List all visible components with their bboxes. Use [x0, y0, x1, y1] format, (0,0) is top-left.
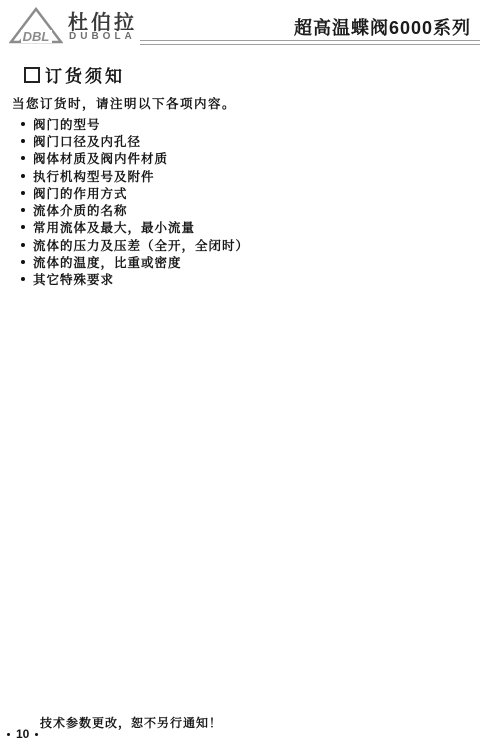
- dot-bullet-icon: [21, 191, 25, 195]
- list-item-label: 流体介质的名称: [33, 201, 128, 219]
- list-item-label: 其它特殊要求: [33, 270, 114, 288]
- dot-bullet-icon: [21, 243, 25, 247]
- list-item-label: 流体的压力及压差（全开，全闭时）: [33, 236, 249, 254]
- list-item: 常用流体及最大，最小流量: [21, 219, 249, 236]
- list-item-label: 阀体材质及阀内件材质: [33, 149, 168, 167]
- dot-bullet-icon: [21, 260, 25, 264]
- series-title: 超高温蝶阀6000系列: [294, 14, 471, 40]
- square-bullet-icon: [24, 67, 40, 83]
- page-number: 10: [7, 727, 38, 741]
- dot-bullet-icon: [21, 156, 25, 160]
- list-item: 阀门的作用方式: [21, 184, 249, 201]
- dubola-triangle-logo-icon: DBL: [9, 7, 63, 45]
- footer-note: 技术参数更改，恕不另行通知！: [40, 714, 222, 731]
- list-item: 流体介质的名称: [21, 201, 249, 218]
- list-item: 流体的温度，比重或密度: [21, 253, 249, 270]
- list-item-label: 执行机构型号及附件: [33, 167, 155, 185]
- list-item: 其它特殊要求: [21, 271, 249, 288]
- dot-bullet-icon: [21, 174, 25, 178]
- list-item: 阀体材质及阀内件材质: [21, 150, 249, 167]
- svg-text:DBL: DBL: [23, 29, 50, 44]
- page-dot-icon: [35, 733, 38, 736]
- dot-bullet-icon: [21, 122, 25, 126]
- list-item: 执行机构型号及附件: [21, 167, 249, 184]
- header-double-rule: [140, 40, 480, 45]
- dot-bullet-icon: [21, 225, 25, 229]
- list-item-label: 阀门口径及内孔径: [33, 132, 141, 150]
- dot-bullet-icon: [21, 277, 25, 281]
- list-item: 流体的压力及压差（全开，全闭时）: [21, 236, 249, 253]
- dot-bullet-icon: [21, 208, 25, 212]
- catalog-page: DBL 杜伯拉 DUBOLA 超高温蝶阀6000系列 订货须知 当您订货时，请注…: [0, 0, 499, 749]
- order-requirements-list: 阀门的型号 阀门口径及内孔径 阀体材质及阀内件材质 执行机构型号及附件 阀门的作…: [21, 115, 249, 288]
- logo-name-english: DUBOLA: [69, 31, 136, 42]
- list-item: 阀门的型号: [21, 115, 249, 132]
- section-heading: 订货须知: [24, 62, 125, 87]
- page-number-value: 10: [16, 727, 29, 741]
- list-item-label: 阀门的作用方式: [33, 184, 128, 202]
- section-heading-label: 订货须知: [45, 62, 125, 87]
- list-item-label: 常用流体及最大，最小流量: [33, 218, 195, 236]
- list-item-label: 流体的温度，比重或密度: [33, 253, 182, 271]
- dot-bullet-icon: [21, 139, 25, 143]
- list-item-label: 阀门的型号: [33, 115, 101, 133]
- list-item: 阀门口径及内孔径: [21, 132, 249, 149]
- page-dot-icon: [7, 733, 10, 736]
- intro-text: 当您订货时，请注明以下各项内容。: [12, 94, 236, 112]
